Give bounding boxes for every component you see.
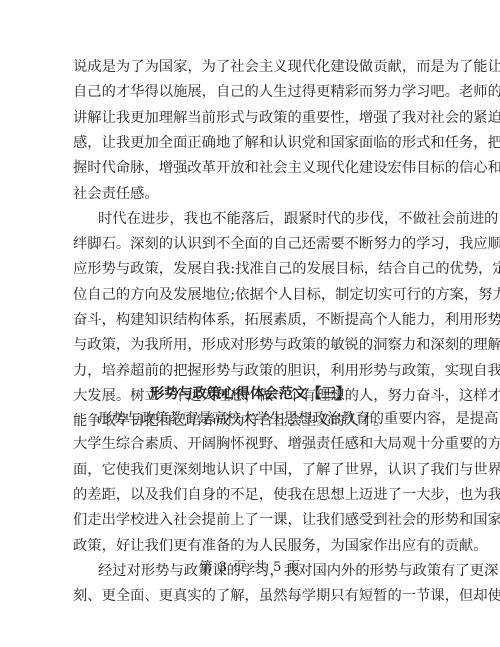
section-heading: 形势与政策心得体会范文【三】 [0,384,500,404]
text-line: 自己的才华得以施展，自己的人生过得更精彩而努力学习吧。老师的 [73,82,417,102]
text-line: 奋斗，构建知识结构体系，拓展素质，不断提高个人能力，利用形势 [73,310,417,330]
text-line: 位自己的方向及发展地位;依据个人目标，制定切实可行的方案，努力 [73,285,417,305]
text-line: 与政策，为我所用，形成对形势与政策的敏锐的洞察力和深刻的理解 [73,335,417,355]
footer-current-page: 3 [219,560,227,575]
text-line: 感，让我更加全面正确地了解和认识党和国家面临的形式和任务，把 [73,133,417,153]
text-line: 握时代命脉，增强改革开放和社会主义现代化建设宏伟目标的信心和 [73,158,417,178]
text-line: 力，培养超前的把握形势与政策的胆识，利用形势与政策，实现自我 [73,361,417,381]
footer-label-pages: 页 [287,560,300,575]
text-line: 社会责任感。 [73,184,417,204]
text-line: 们走出学校进入社会提前上了一课，让我们感受到社会的形势和国家 [73,510,417,530]
text-line: 说成是为了为国家，为了社会主义现代化建设做贡献，而是为了能让 [73,57,417,77]
footer-label-of: 页 共 [233,560,267,575]
footer-total-pages: 5 [273,560,281,575]
text-line: 应形势与政策，发展自我:找准自己的发展目标，结合自己的优势，定 [73,259,417,279]
text-line: 刻、更全面、更真实的了解，虽然每学期只有短暂的一节课，但却使 [73,586,417,606]
text-line: 面，它使我们更深刻地认识了中国，了解了世界，认识了我们与世界 [73,460,417,480]
text-line: 大学生综合素质、开阔胸怀视野、增强责任感和大局观十分重要的方 [73,434,417,454]
text-line: 讲解让我更加理解当前形式与政策的重要性，增强了我对社会的紧迫 [73,108,417,128]
text-line: 政策，好让我们更有准备的为人民服务，为国家作出应有的贡献。 [73,536,417,556]
footer-label-page: 第 [200,560,213,575]
page-footer: 第3页 共5页 [0,559,500,577]
text-line: 时代在进步，我也不能落后，跟紧时代的步伐，不做社会前进的 [98,209,417,229]
text-line: 的差距，以及我们自身的不足，使我在思想上迈进了一大步，也为我 [73,485,417,505]
text-line: 绊脚石。深刻的认识到不全面的自己还需要不断努力的学习，我应顺 [73,234,417,254]
document-page: 说成是为了为国家，为了社会主义现代化建设做贡献，而是为了能让自己的才华得以施展，… [0,0,500,647]
text-line: 形势与政策教育是高校大学生思想政治教育的重要内容，是提高 [98,409,417,429]
